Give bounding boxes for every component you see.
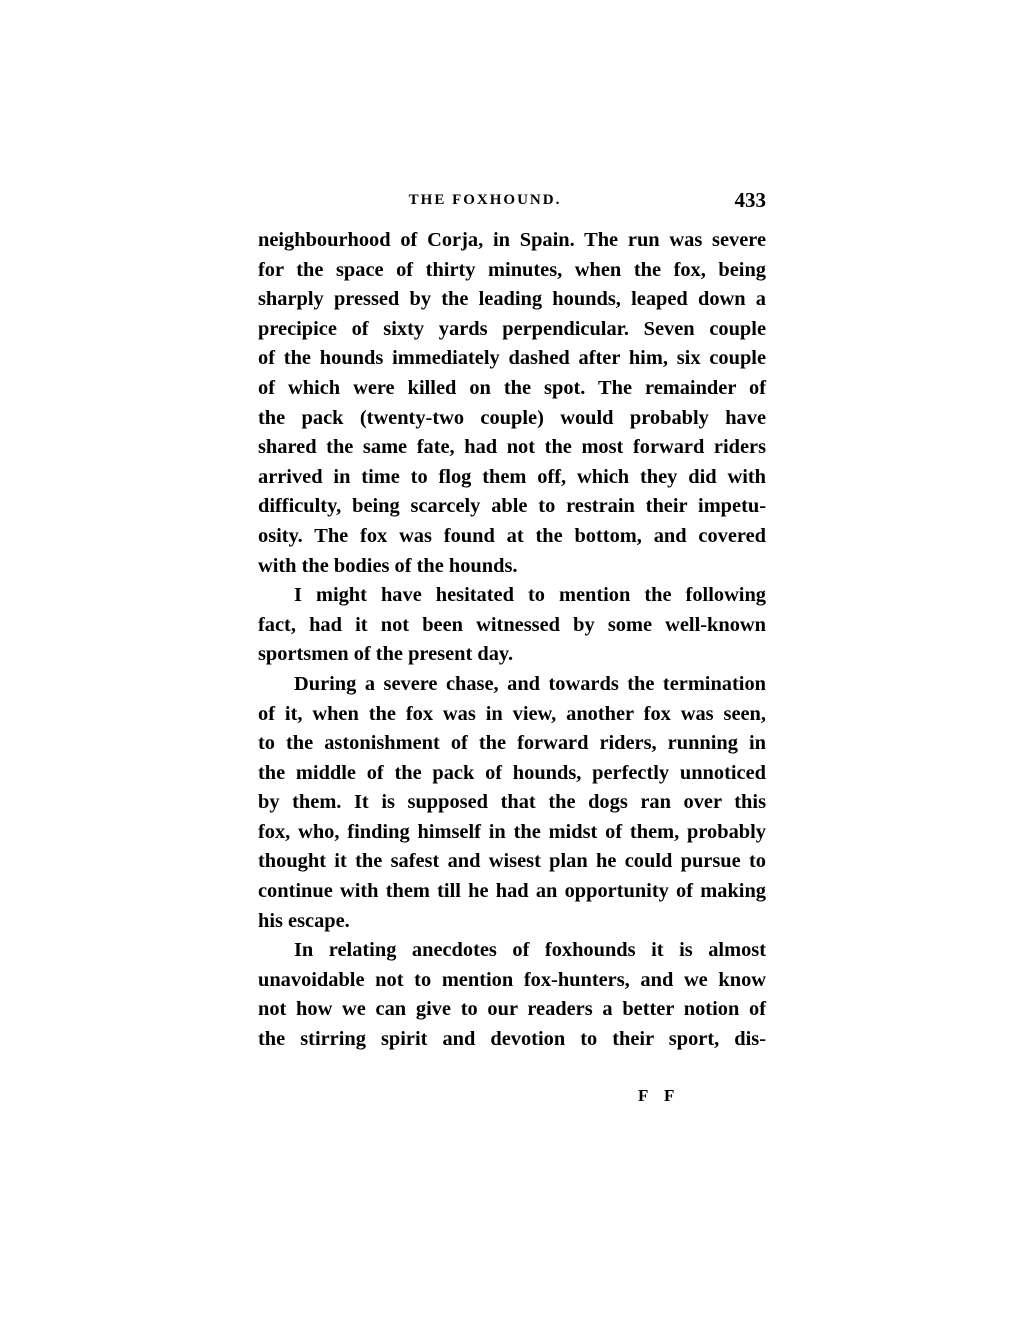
text-line: the middle of the pack of hounds, perfec…: [258, 759, 766, 789]
text-line: of which were killed on the spot. The re…: [258, 374, 766, 404]
page-number: 433: [735, 188, 767, 213]
text-line: sportsmen of the present day.: [258, 640, 766, 670]
text-line: fact, had it not been witnessed by some …: [258, 611, 766, 641]
text-line: for the space of thirty minutes, when th…: [258, 256, 766, 286]
signature-mark: F F: [638, 1086, 680, 1106]
text-line: with the bodies of the hounds.: [258, 552, 766, 582]
text-line: his escape.: [258, 907, 766, 937]
text-line: thought it the safest and wisest plan he…: [258, 847, 766, 877]
paragraph: In relating anecdotes of foxhounds it is…: [258, 936, 766, 1054]
body-text: neighbourhood of Corja, in Spain. The ru…: [258, 226, 766, 1055]
paragraph: During a severe chase, and towards the t…: [258, 670, 766, 936]
text-line: unavoidable not to mention fox-hunters, …: [258, 966, 766, 996]
running-title: THE FOXHOUND.: [330, 192, 640, 209]
text-line: of it, when the fox was in view, another…: [258, 700, 766, 730]
text-line: I might have hesitated to mention the fo…: [258, 581, 766, 611]
paragraph: I might have hesitated to mention the fo…: [258, 581, 766, 670]
text-line: to the astonishment of the forward rider…: [258, 729, 766, 759]
text-line: arrived in time to flog them off, which …: [258, 463, 766, 493]
text-line: of the hounds immediately dashed after h…: [258, 344, 766, 374]
text-line: fox, who, finding himself in the midst o…: [258, 818, 766, 848]
text-line: difficulty, being scarcely able to restr…: [258, 492, 766, 522]
text-line: the stirring spirit and devotion to thei…: [258, 1025, 766, 1055]
text-line: not how we can give to our readers a bet…: [258, 995, 766, 1025]
text-line: by them. It is supposed that the dogs ra…: [258, 788, 766, 818]
text-line: sharply pressed by the leading hounds, l…: [258, 285, 766, 315]
text-line: shared the same fate, had not the most f…: [258, 433, 766, 463]
paragraph: neighbourhood of Corja, in Spain. The ru…: [258, 226, 766, 581]
text-line: precipice of sixty yards perpendicular. …: [258, 315, 766, 345]
text-line: During a severe chase, and towards the t…: [258, 670, 766, 700]
text-line: neighbourhood of Corja, in Spain. The ru…: [258, 226, 766, 256]
text-line: the pack (twenty-two couple) would proba…: [258, 404, 766, 434]
text-line: In relating anecdotes of foxhounds it is…: [258, 936, 766, 966]
text-line: continue with them till he had an opport…: [258, 877, 766, 907]
running-head: THE FOXHOUND. 433: [258, 188, 766, 218]
text-line: osity. The fox was found at the bottom, …: [258, 522, 766, 552]
